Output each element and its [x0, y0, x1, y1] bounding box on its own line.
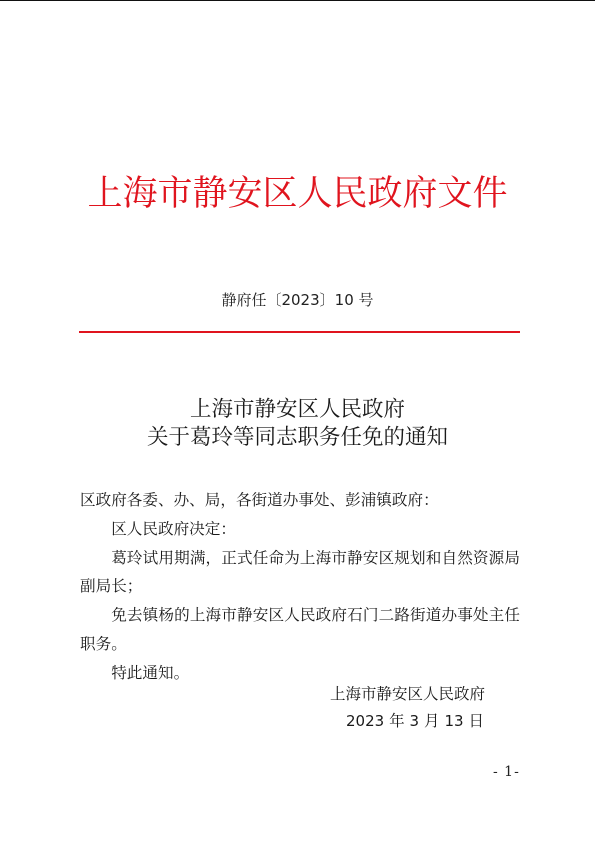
issuer-signature: 上海市静安区人民政府 [330, 682, 485, 706]
doc-number-prefix: 静府任〔 [221, 291, 281, 309]
body-paragraph: 区人民政府决定： [80, 515, 520, 544]
date-month-unit: 月 [419, 712, 444, 730]
red-separator-line [79, 331, 520, 333]
date-day-unit: 日 [464, 712, 484, 730]
date-day: 13 [444, 712, 463, 730]
page-top-border [0, 0, 595, 1]
date-year-unit: 年 [384, 712, 409, 730]
doc-number-suffix: 号 [354, 291, 374, 309]
page-number: - 1- [493, 762, 520, 782]
date-year: 2023 [346, 712, 384, 730]
body-paragraph: 免去镇杨的上海市静安区人民政府石门二路街道办事处主任职务。 [80, 601, 520, 659]
addressee: 区政府各委、办、局，各街道办事处、彭浦镇政府： [80, 486, 520, 515]
document-title-line-1: 上海市静安区人民政府 [0, 396, 595, 424]
document-body: 区政府各委、办、局，各街道办事处、彭浦镇政府： 区人民政府决定： 葛玲试用期满，… [80, 486, 520, 688]
doc-number-seq: 10 [335, 291, 354, 309]
doc-number-year: 2023 [281, 291, 319, 309]
red-header-title: 上海市静安区人民政府文件 [0, 170, 595, 218]
document-number: 静府任〔2023〕10 号 [0, 289, 595, 311]
date-month: 3 [410, 712, 420, 730]
doc-number-mid: 〕 [320, 291, 335, 309]
body-paragraph: 葛玲试用期满，正式任命为上海市静安区规划和自然资源局副局长； [80, 544, 520, 602]
document-title-line-2: 关于葛玲等同志职务任免的通知 [0, 424, 595, 452]
issue-date: 2023 年 3 月 13 日 [346, 709, 484, 733]
